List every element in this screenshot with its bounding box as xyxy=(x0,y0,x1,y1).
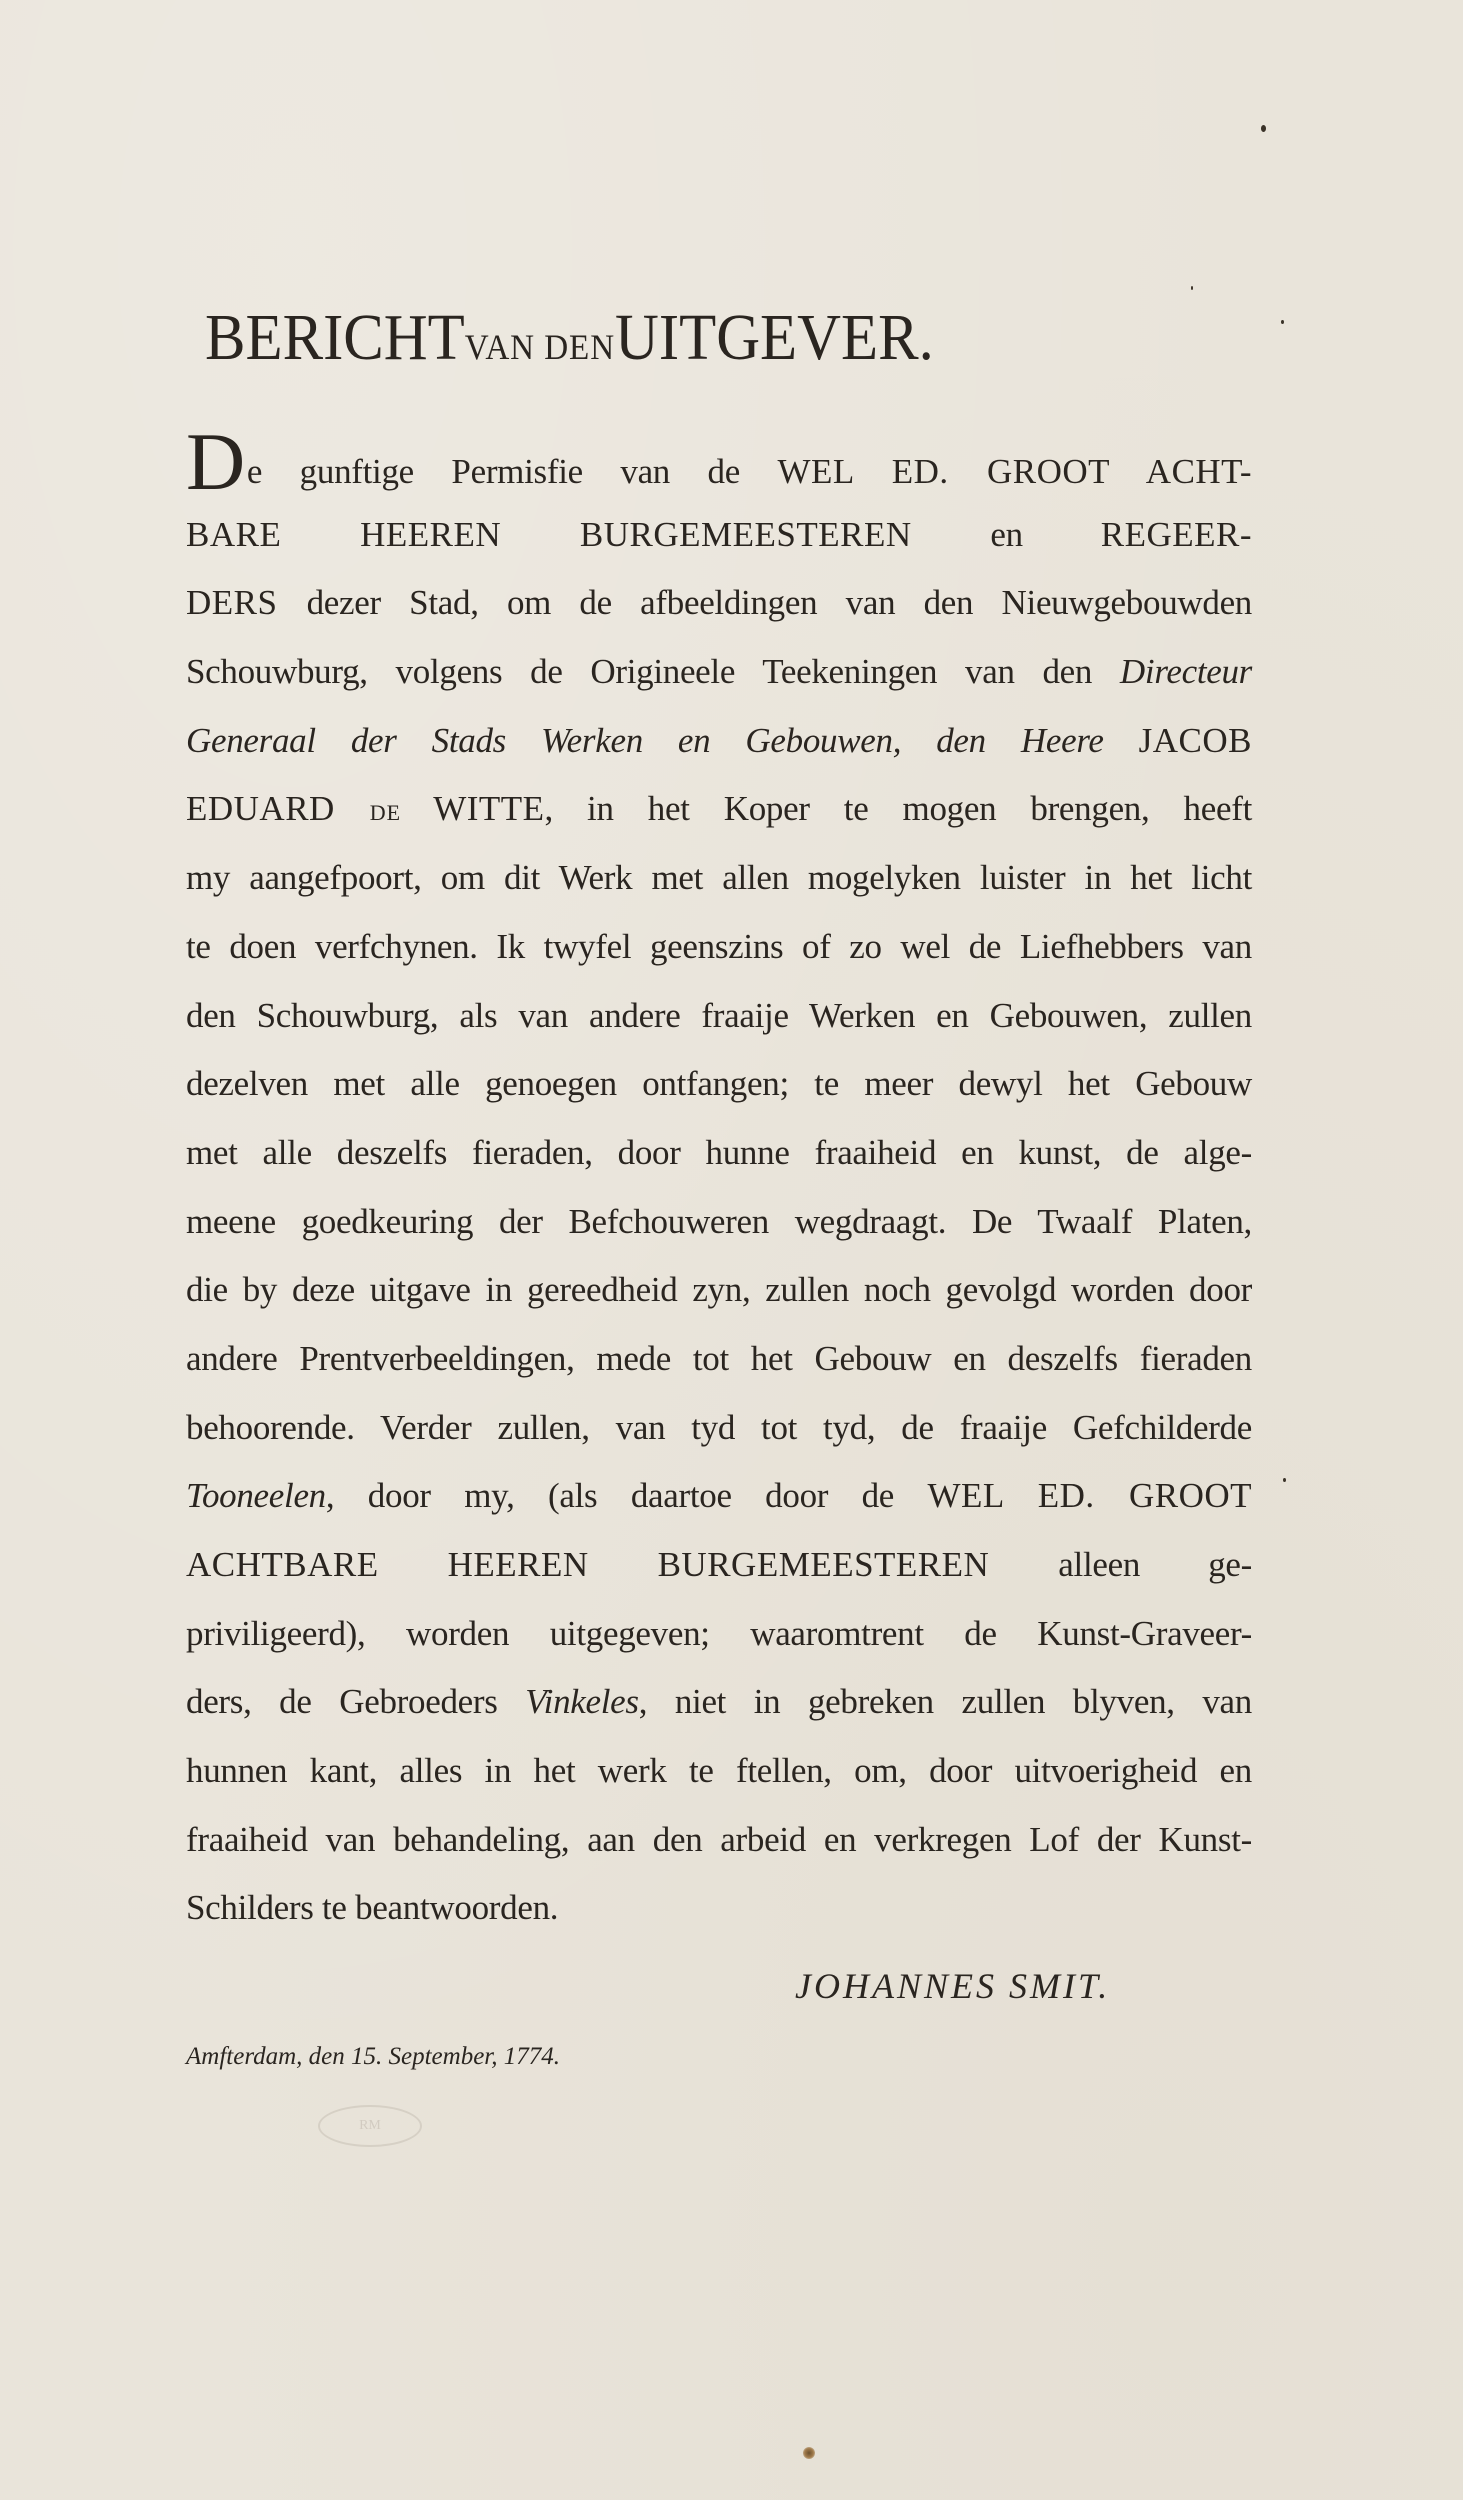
text-segment: behoorende. Verder zullen, van tyd tot t… xyxy=(186,1408,1252,1447)
document-title: BERICHTVAN DENUITGEVER. xyxy=(205,305,1180,371)
text-segment: DE xyxy=(370,800,433,825)
text-segment: EDUARD xyxy=(186,789,370,828)
text-segment: , door my, (als daartoe door de xyxy=(326,1476,928,1515)
paper-speck xyxy=(1281,320,1284,324)
text-segment: , in het Koper te mogen brengen, heeft xyxy=(545,789,1252,828)
title-part-bericht: BERICHT xyxy=(205,301,465,374)
text-segment: dezelven met alle genoegen ontfangen; te… xyxy=(186,1064,1252,1103)
text-segment: hunnen kant, alles in het werk te ftelle… xyxy=(186,1751,1252,1790)
title-part-van-den: VAN DEN xyxy=(465,327,615,367)
text-segment: met alle deszelfs fieraden, door hunne f… xyxy=(186,1133,1252,1172)
text-segment: WEL ED. GROOT xyxy=(928,1476,1253,1515)
text-segment: te doen verfchynen. Ik twyfel geenszins … xyxy=(186,927,1252,966)
text-line: EDUARD DE WITTE, in het Koper te mogen b… xyxy=(186,775,1252,844)
text-line: BARE HEEREN BURGEMEESTEREN en REGEER- xyxy=(186,501,1252,570)
text-line: dezelven met alle genoegen ontfangen; te… xyxy=(186,1050,1252,1119)
paper-speck xyxy=(1261,125,1266,132)
text-segment: meene goedkeuring der Befchouweren wegdr… xyxy=(186,1202,1252,1241)
paper-speck xyxy=(1191,286,1193,290)
text-segment: DERS xyxy=(186,583,307,622)
text-line: te doen verfchynen. Ik twyfel geenszins … xyxy=(186,913,1252,982)
text-segment: fraaiheid van behandeling, aan den arbei… xyxy=(186,1820,1252,1859)
text-line: andere Prentverbeeldingen, mede tot het … xyxy=(186,1325,1252,1394)
text-line: Schouwburg, volgens de Origineele Teeken… xyxy=(186,638,1252,707)
title-part-uitgever: UITGEVER. xyxy=(615,301,934,374)
text-segment: alleen ge- xyxy=(1058,1545,1252,1584)
drop-cap: D xyxy=(186,432,245,492)
text-line: Schilders te beantwoorden. xyxy=(186,1874,1252,1943)
text-line: ACHTBARE HEEREN BURGEMEESTEREN alleen ge… xyxy=(186,1531,1252,1600)
text-segment: WEL ED. GROOT ACHT- xyxy=(777,452,1252,491)
text-segment: priviligeerd), worden uitgegeven; waarom… xyxy=(186,1614,1252,1653)
text-segment: REGEER- xyxy=(1101,515,1252,554)
text-segment: dezer Stad, om de afbeeldingen van den N… xyxy=(307,583,1252,622)
text-segment: Directeur xyxy=(1120,652,1252,691)
text-line: Tooneelen, door my, (als daartoe door de… xyxy=(186,1462,1252,1531)
text-segment: Generaal der Stads Werken en Gebouwen, d… xyxy=(186,721,1139,760)
collection-stamp: RM xyxy=(318,2105,422,2147)
text-line: ders, de Gebroeders Vinkeles, niet in ge… xyxy=(186,1668,1252,1737)
text-segment: ACHTBARE HEEREN BURGEMEESTEREN xyxy=(186,1545,1058,1584)
text-line: behoorende. Verder zullen, van tyd tot t… xyxy=(186,1394,1252,1463)
text-segment: my aangefpoort, om dit Werk met allen mo… xyxy=(186,858,1252,897)
text-line: DERS dezer Stad, om de afbeeldingen van … xyxy=(186,569,1252,638)
text-segment: ders, de Gebroeders xyxy=(186,1682,525,1721)
text-segment: andere Prentverbeeldingen, mede tot het … xyxy=(186,1339,1252,1378)
text-line: Generaal der Stads Werken en Gebouwen, d… xyxy=(186,707,1252,776)
text-line: fraaiheid van behandeling, aan den arbei… xyxy=(186,1806,1252,1875)
text-line: den Schouwburg, als van andere fraaije W… xyxy=(186,982,1252,1051)
signature: JOHANNES SMIT. xyxy=(795,1965,1110,2007)
text-segment: BARE HEEREN BURGEMEESTEREN xyxy=(186,515,990,554)
text-line: my aangefpoort, om dit Werk met allen mo… xyxy=(186,844,1252,913)
text-line: hunnen kant, alles in het werk te ftelle… xyxy=(186,1737,1252,1806)
text-segment: en xyxy=(990,515,1100,554)
text-line: priviligeerd), worden uitgegeven; waarom… xyxy=(186,1600,1252,1669)
paper-speck xyxy=(1283,1478,1286,1482)
text-line: met alle deszelfs fieraden, door hunne f… xyxy=(186,1119,1252,1188)
text-line: meene goedkeuring der Befchouweren wegdr… xyxy=(186,1188,1252,1257)
body-text: De gunftige Permisfie van de WEL ED. GRO… xyxy=(186,432,1252,1943)
text-segment: JACOB xyxy=(1139,721,1252,760)
text-segment: Schouwburg, volgens de Origineele Teeken… xyxy=(186,652,1120,691)
text-segment: Vinkeles xyxy=(525,1682,639,1721)
foxing-spot xyxy=(803,2447,815,2459)
text-segment: e gunftige Permisfie van de xyxy=(247,452,778,491)
text-line: die by deze uitgave in gereedheid zyn, z… xyxy=(186,1256,1252,1325)
text-segment: den Schouwburg, als van andere fraaije W… xyxy=(186,996,1252,1035)
dateline: Amfterdam, den 15. September, 1774. xyxy=(186,2043,560,2071)
text-segment: Schilders te beantwoorden. xyxy=(186,1888,558,1927)
text-line: De gunftige Permisfie van de WEL ED. GRO… xyxy=(186,432,1252,501)
text-segment: , niet in gebreken zullen blyven, van xyxy=(639,1682,1252,1721)
text-segment: Tooneelen xyxy=(186,1476,326,1515)
text-segment: die by deze uitgave in gereedheid zyn, z… xyxy=(186,1270,1252,1309)
text-segment: WITTE xyxy=(433,789,544,828)
